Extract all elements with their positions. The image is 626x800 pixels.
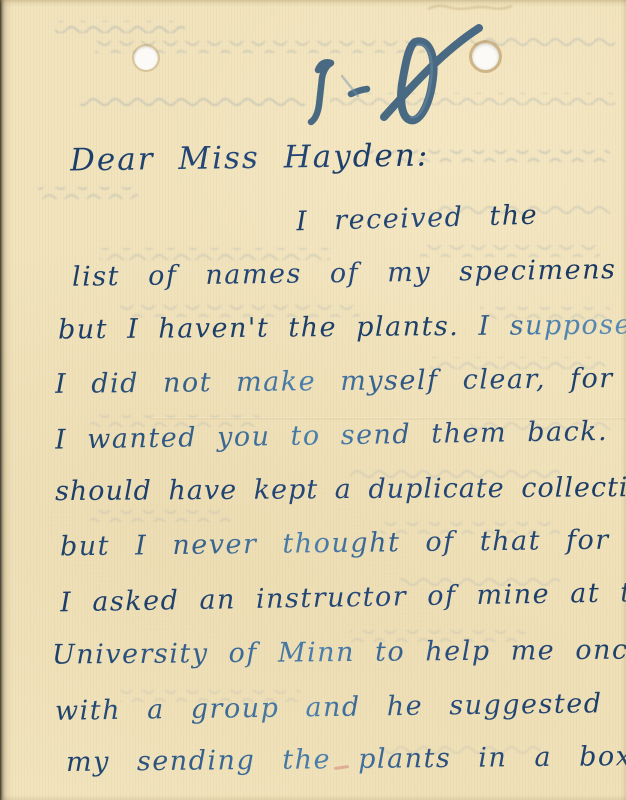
page-edge-shadow-left xyxy=(0,0,12,800)
punch-hole-left xyxy=(134,46,158,70)
salutation: Dear Miss Hayden: xyxy=(70,137,430,178)
page-edge-shadow-top xyxy=(0,0,626,7)
page-edge-shadow-bottom xyxy=(0,795,626,800)
letter-line: my sending the plants in a box xyxy=(66,741,626,778)
letter-page: 7-10 Dear Miss Hayden: I received the li… xyxy=(0,0,626,800)
letter-line: I did not make myself clear, for xyxy=(55,363,614,400)
letter-line: but I haven't the plants. I suppose xyxy=(58,309,626,345)
crayon-page-marking: 7-10 xyxy=(280,12,500,132)
letter-line: should have kept a duplicate collection xyxy=(55,472,626,507)
page-edge-shadow-right xyxy=(621,0,626,800)
letter-line: University of Minn to help me once xyxy=(52,634,626,670)
fold-crease xyxy=(150,417,626,420)
